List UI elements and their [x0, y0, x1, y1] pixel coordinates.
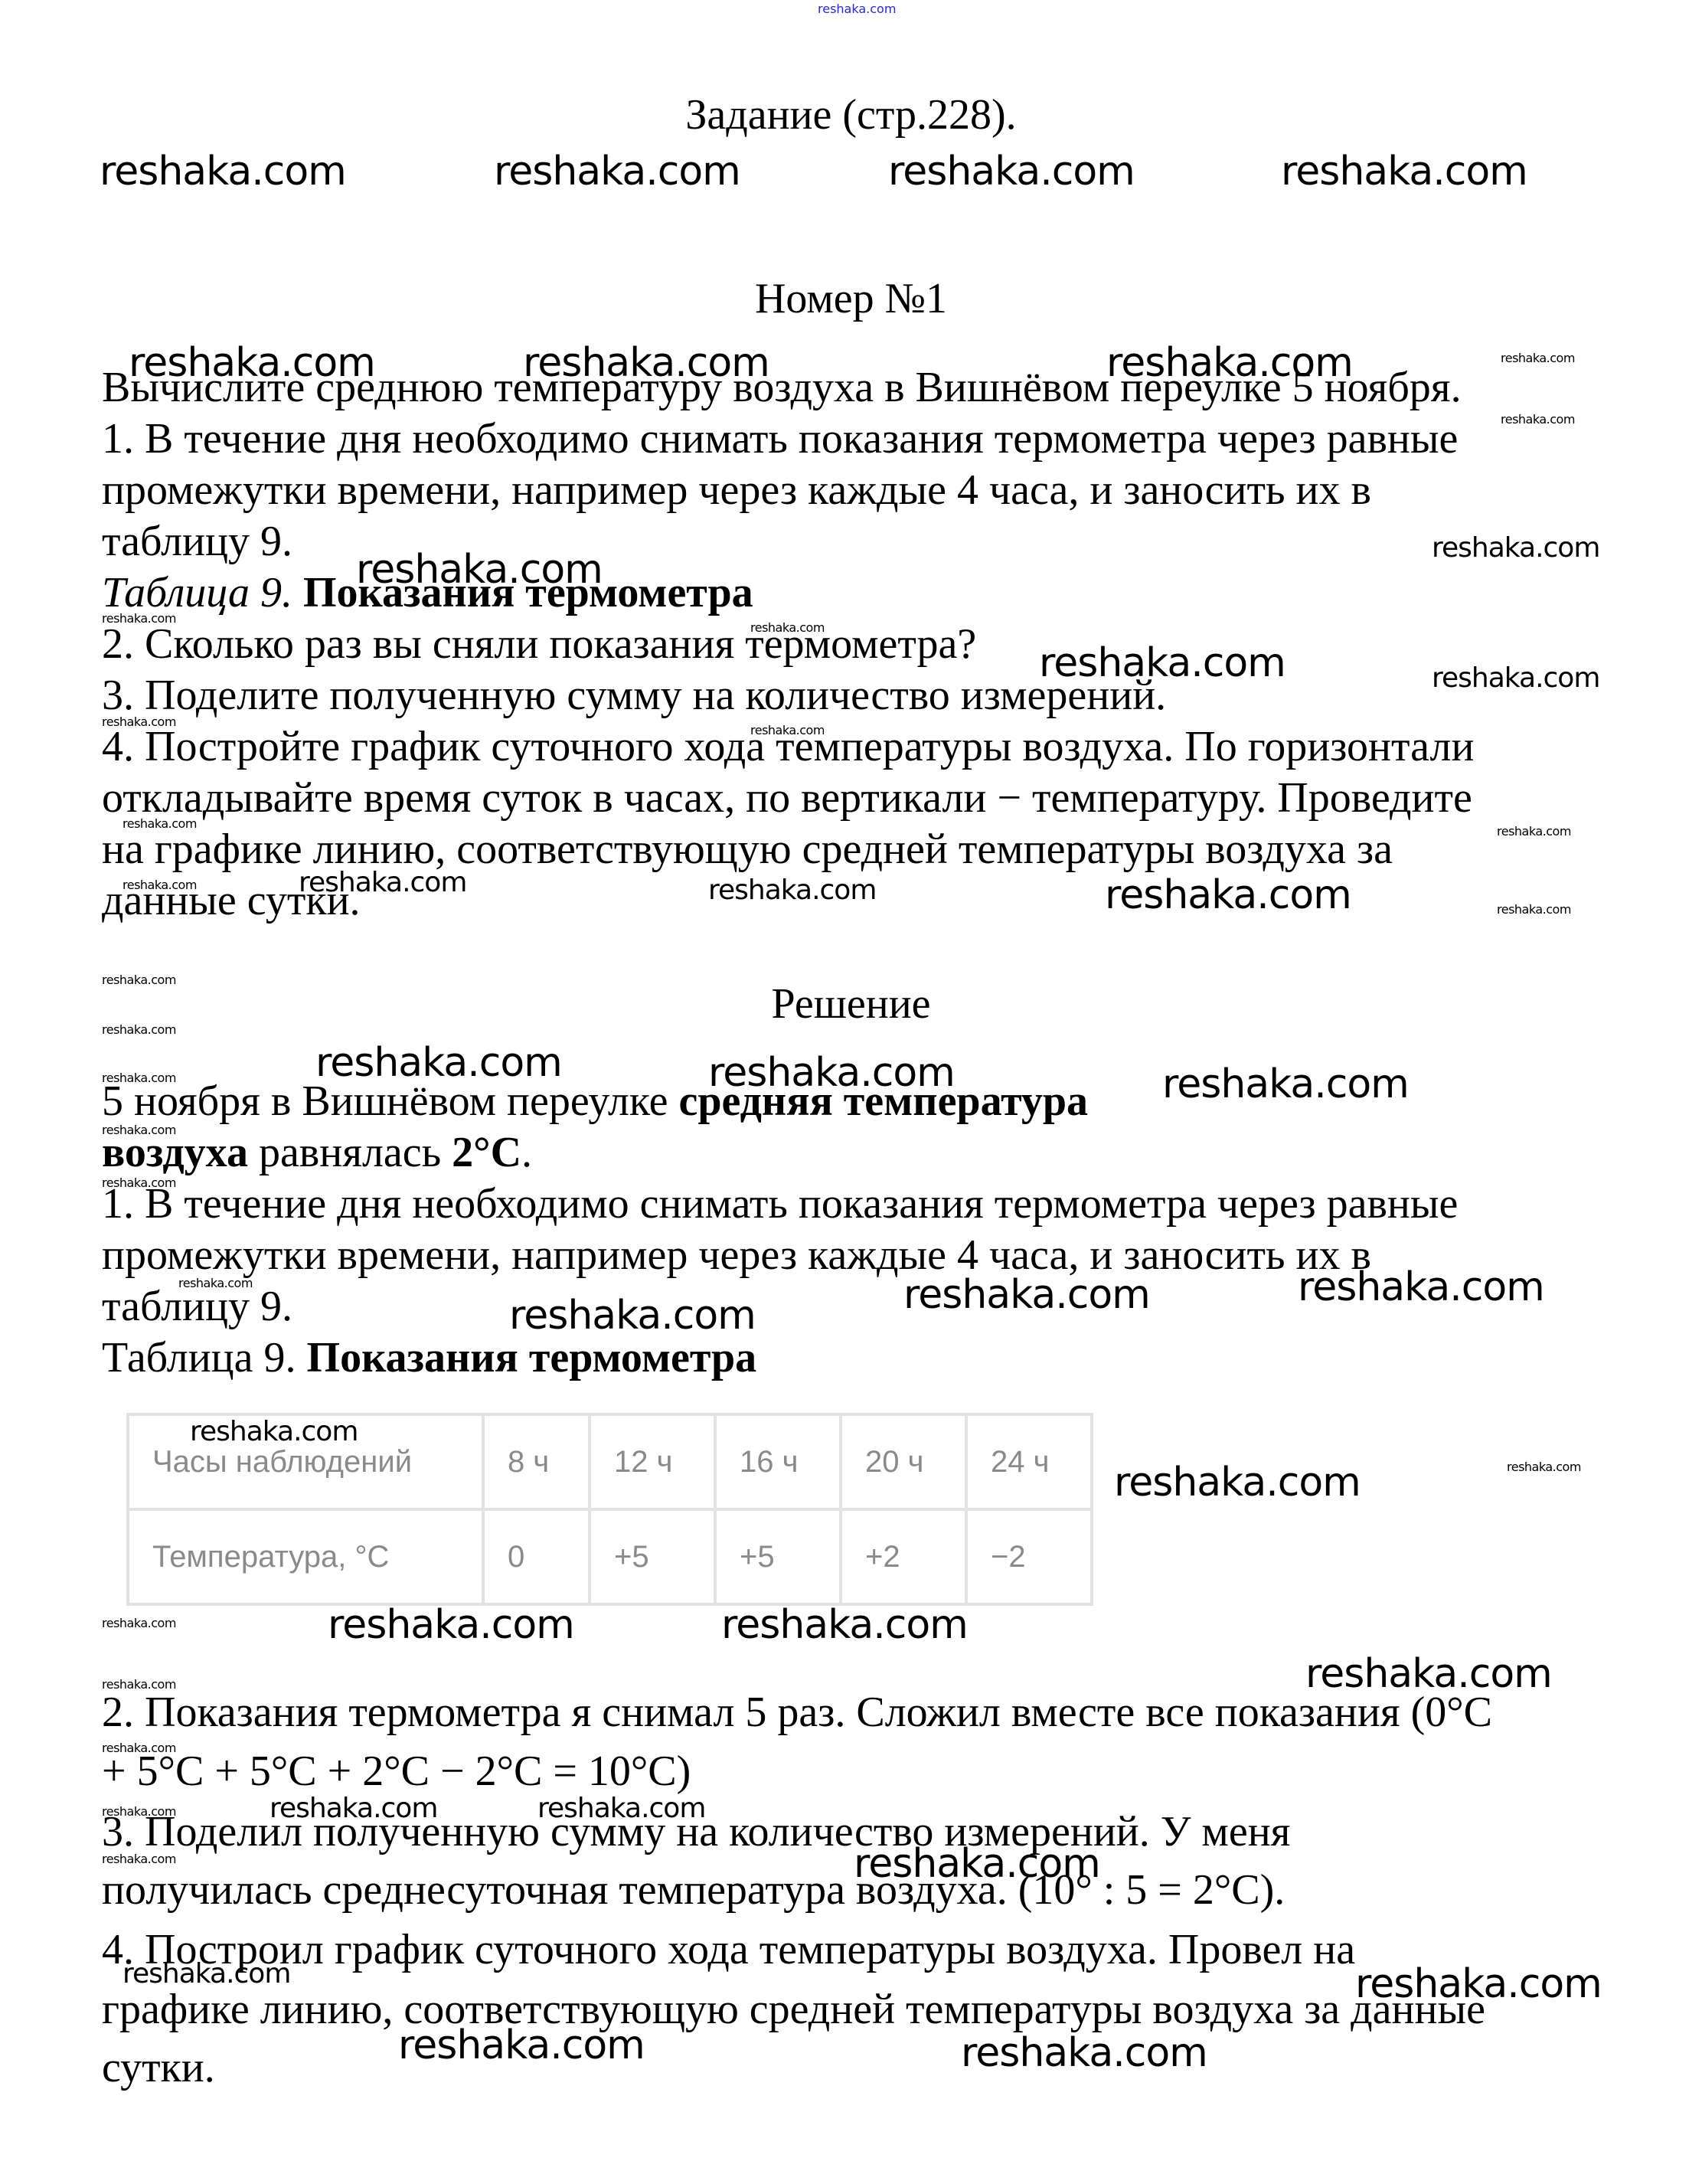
table-cell-hour: 20 ч — [841, 1414, 966, 1509]
table-cell-hour: 8 ч — [483, 1414, 590, 1509]
solution-step4-line: сутки. — [102, 2046, 215, 2089]
table-cell-temperature: −2 — [966, 1509, 1092, 1604]
watermark: reshaka.com — [750, 622, 825, 634]
watermark: reshaka.com — [102, 1617, 176, 1630]
task-step2: 2. Сколько раз вы сняли показания термом… — [102, 623, 976, 665]
task-step1-line: таблицу 9. — [102, 520, 292, 563]
watermark: reshaka.com — [328, 1605, 574, 1645]
watermark: reshaka.com — [523, 343, 769, 383]
table-row: Температура, °С 0 +5 +5 +2 −2 — [128, 1509, 1092, 1604]
solution-step3-line: получилась среднесуточная температура во… — [102, 1868, 1285, 1911]
watermark: reshaka.com — [102, 613, 176, 625]
watermark: reshaka.com — [1507, 1461, 1581, 1473]
watermark: reshaka.com — [721, 1605, 968, 1645]
watermark: reshaka.com — [100, 152, 346, 191]
answer-value: 2°C — [452, 1129, 521, 1176]
table-cell-temperature: +5 — [715, 1509, 841, 1604]
solution-step1-line: промежутки времени, например через кажды… — [102, 1234, 1371, 1277]
table-cell-hour: 12 ч — [590, 1414, 715, 1509]
solution-table-caption: Таблица 9. Показания термометра — [102, 1336, 756, 1379]
watermark: reshaka.com — [123, 818, 197, 830]
solution-answer-line2: воздуха равнялась 2°C. — [102, 1131, 532, 1174]
task-step1-line: промежутки времени, например через кажды… — [102, 469, 1371, 512]
table-caption-title: Показания термометра — [307, 1334, 757, 1381]
watermark: reshaka.com — [1281, 152, 1527, 191]
solution-step2-line: 2. Показания термометра я снимал 5 раз. … — [102, 1691, 1492, 1734]
task-heading: Задание (стр.228). — [0, 93, 1702, 136]
task-step4-line: откладывайте время суток в часах, по вер… — [102, 776, 1472, 819]
watermark: reshaka.com — [1106, 343, 1353, 383]
table-cell-temperature: 0 — [483, 1509, 590, 1604]
solution-step1-line: 1. В течение дня необходимо снимать пока… — [102, 1182, 1458, 1225]
watermark: reshaka.com — [102, 1124, 176, 1136]
watermark: reshaka.com — [1497, 904, 1571, 916]
watermark: reshaka.com — [1162, 1064, 1409, 1104]
table-cell-hour: 24 ч — [966, 1414, 1092, 1509]
task-step1-line: 1. В течение дня необходимо снимать пока… — [102, 417, 1458, 460]
table-cell-temperature: +2 — [841, 1509, 966, 1604]
watermark: reshaka.com — [903, 1275, 1150, 1315]
watermark: reshaka.com — [270, 1795, 437, 1823]
answer-text: . — [521, 1129, 532, 1176]
watermark: reshaka.com — [102, 1853, 176, 1865]
watermark: reshaka.com — [1497, 826, 1571, 838]
watermark: reshaka.com — [123, 879, 197, 891]
watermark: reshaka.com — [708, 877, 876, 904]
watermark: reshaka.com — [123, 1960, 290, 1988]
answer-text: 5 ноября в Вишнёвом переулке — [102, 1077, 678, 1125]
watermark: reshaka.com — [102, 1742, 176, 1754]
watermark: reshaka.com — [1355, 1964, 1602, 2004]
watermark: reshaka.com — [1432, 665, 1599, 692]
watermark: reshaka.com — [102, 1024, 176, 1036]
watermark: reshaka.com — [961, 2033, 1207, 2073]
watermark: reshaka.com — [1432, 535, 1599, 562]
watermark: reshaka.com — [750, 724, 825, 737]
watermark: reshaka.com — [398, 2025, 645, 2065]
watermark: reshaka.com — [509, 1296, 756, 1336]
answer-text: равнялась — [248, 1129, 452, 1176]
watermark: reshaka.com — [1105, 875, 1351, 915]
watermark: reshaka.com — [888, 152, 1135, 191]
table-cell-hour: 16 ч — [715, 1414, 841, 1509]
watermark: reshaka.com — [129, 343, 375, 383]
watermark: reshaka.com — [1298, 1267, 1544, 1307]
watermark: reshaka.com — [299, 869, 466, 897]
solution-answer-line1: 5 ноября в Вишнёвом переулке средняя тем… — [102, 1080, 1088, 1123]
watermark: reshaka.com — [356, 550, 603, 590]
table-caption-label: Таблица 9. — [102, 1334, 307, 1381]
watermark: reshaka.com — [1114, 1463, 1361, 1502]
watermark: reshaka.com — [102, 1806, 176, 1818]
top-watermark-link[interactable]: reshaka.com — [818, 3, 896, 15]
watermark: reshaka.com — [854, 1844, 1100, 1884]
watermark: reshaka.com — [537, 1795, 705, 1823]
watermark: reshaka.com — [1501, 414, 1575, 426]
task-step3: 3. Поделите полученную сумму на количест… — [102, 674, 1166, 717]
solution-step1-line: таблицу 9. — [102, 1285, 292, 1328]
watermark: reshaka.com — [190, 1418, 358, 1446]
table-cell-temperature: +5 — [590, 1509, 715, 1604]
watermark: reshaka.com — [1501, 352, 1575, 365]
task-step4-line: на графике линию, соответствующую средне… — [102, 828, 1393, 871]
watermark: reshaka.com — [102, 716, 176, 728]
solution-step2-line: + 5°С + 5°С + 2°С − 2°С = 10°С) — [102, 1750, 691, 1793]
watermark: reshaka.com — [178, 1277, 253, 1290]
task-number-heading: Номер №1 — [0, 277, 1702, 320]
solution-step4-line: графике линию, соответствующую средней т… — [102, 1988, 1485, 2031]
watermark: reshaka.com — [494, 152, 740, 191]
watermark: reshaka.com — [1039, 643, 1285, 683]
solution-heading: Решение — [0, 982, 1702, 1025]
table-caption-label: Таблица 9. — [102, 569, 292, 616]
answer-bold-text: средняя температура — [678, 1077, 1088, 1125]
table-row-header: Температура, °С — [128, 1509, 483, 1604]
